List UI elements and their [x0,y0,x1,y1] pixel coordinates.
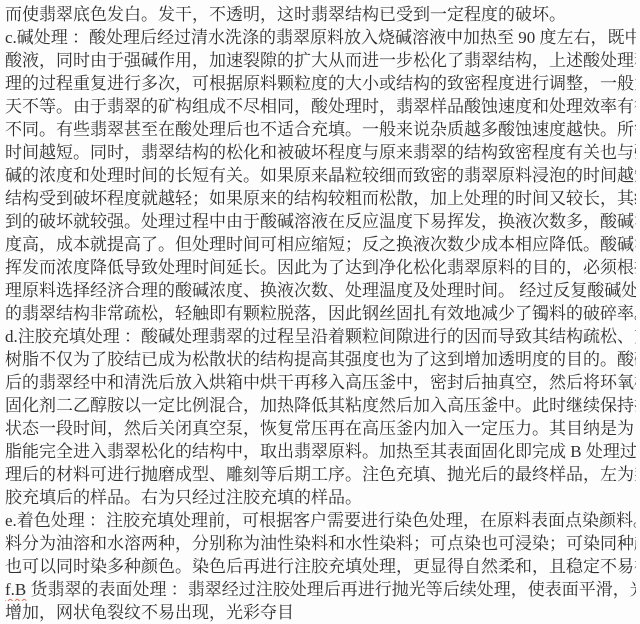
text-line: c.碱处理 ：酸处理后经过清水洗涤的翡翠原料放入烧碱溶液中加热至 90 度左右，… [5,26,636,49]
text-line: 脂能完全进入翡翠松化的结构中，取出翡翠原料。加热至其表面固化即完成 B 处理过程… [5,440,636,463]
text-line: 后的翡翠经中和清洗后放入烘箱中烘干再移入高压釜中，密封后抽真空，然后将环氧树脂和 [5,371,636,394]
text-line: 酸液，同时由于强碱作用，加速裂隙的扩大从而进一步松化了翡翠结构，上述酸处理和碱处 [5,49,636,72]
spellcheck-underline: f.B [5,580,26,599]
text-line: 树脂不仅为了胶结已成为松散状的结构提高其强度也为了这到增加透明度的目的。酸碱处理 [5,348,636,371]
text-line: e.着色处理 ：注胶充填处理前，可根据客户需要进行染色处理，在原料表面点染颜料。… [5,509,636,532]
text-line: 胶充填后的样品。右为只经过注胶充填的样品。 [5,486,636,509]
text-line: f.B 货翡翠的表面处理 ：翡翠经过注胶处理后再进行抛光等后续处理，使表面平滑，… [5,578,636,601]
text-line: 也可以同时染多种颜色。染色后再进行注胶充填处理，更显得自然柔和，且稳定不易褪色。 [5,555,636,578]
text-line: 不同。有些翡翠甚至在酸处理后也不适合充填。一般来说杂质越多酸蚀速度越快。所需处理 [5,118,636,141]
text-line: 料分为油溶和水溶两种，分别称为油性染料和水性染料；可点染也可浸染；可染同种颜色， [5,532,636,555]
text-line: 理的过程重复进行多次，可根据原料颗粒度的大小或结构的致密程度进行调整，一般为数十 [5,72,636,95]
text-line: 碱的浓度和处理时间的长短有关。如果原来晶粒较细而致密的翡翠原料浸泡的时间越短。其 [5,164,636,187]
text-line: d.注胶充填处理 ：酸碱处理翡翠的过程呈沿着颗粒间隙进行的因而导致其结构疏松、充… [5,325,636,348]
text-line: 的翡翠结构非常疏松，轻触即有颗粒脱落，因此钢丝固扎有效地减少了镯料的破碎率。 [5,302,636,325]
text-line: 理原料选择经济合理的酸碱浓度、换液次数、处理温度及处理时间。 经过反复酸碱处理后 [5,279,636,302]
document-body: 而使翡翠底色发白。发干，不透明，这时翡翠结构已受到一定程度的破坏。 c.碱处理 … [0,0,640,624]
text-line: 到的破坏就较强。处理过程中由于酸碱溶液在反应温度下易挥发，换液次数多，酸碱溶掖浓 [5,210,636,233]
text-line: 状态一段时间，然后关闭真空泵，恢复常压再在高压釜内加入一定压力。其目纳是为了使树 [5,417,636,440]
text-line: 固化剂二乙醇胺以一定比例混合，加热降低其粘度然后加入高压釜中。此时继续保持抽真空 [5,394,636,417]
text-line: 结构受到破坏程度就越轻；如果原来的结构较粗而松散，加上处理的时间又较长，其结构受 [5,187,636,210]
text-segment: 货翡翠的表面处理 ：翡翠经过注胶处理后再进行抛光等后续处理，使表面平滑，光泽 [26,580,636,599]
text-line: 增加，网状龟裂纹不易出现，光彩夺目 [5,601,636,624]
text-line: 天不等。由于翡翠的矿构组成不尽相同，酸处理时，翡翠样品酸蚀速度和处理效率有很大的 [5,95,636,118]
text-line: 而使翡翠底色发白。发干，不透明，这时翡翠结构已受到一定程度的破坏。 [5,3,636,26]
text-line: 挥发而浓度降低导致处理时间延长。因此为了达到净化松化翡翠原料的目的，必须根据待处 [5,256,636,279]
text-line: 理后的材料可进行抛磨成型、雕刻等后期工序。注色充填、抛光后的最终样品，左为染色注 [5,463,636,486]
text-line: 时间越短。同时，翡翠结构的松化和被破坏程度与原来翡翠的结构致密程度有关也与强酸强 [5,141,636,164]
text-line: 度高，成本就提高了。但处理时间可相应缩短；反之换液次数少成本相应降低。酸碱溶液因 [5,233,636,256]
